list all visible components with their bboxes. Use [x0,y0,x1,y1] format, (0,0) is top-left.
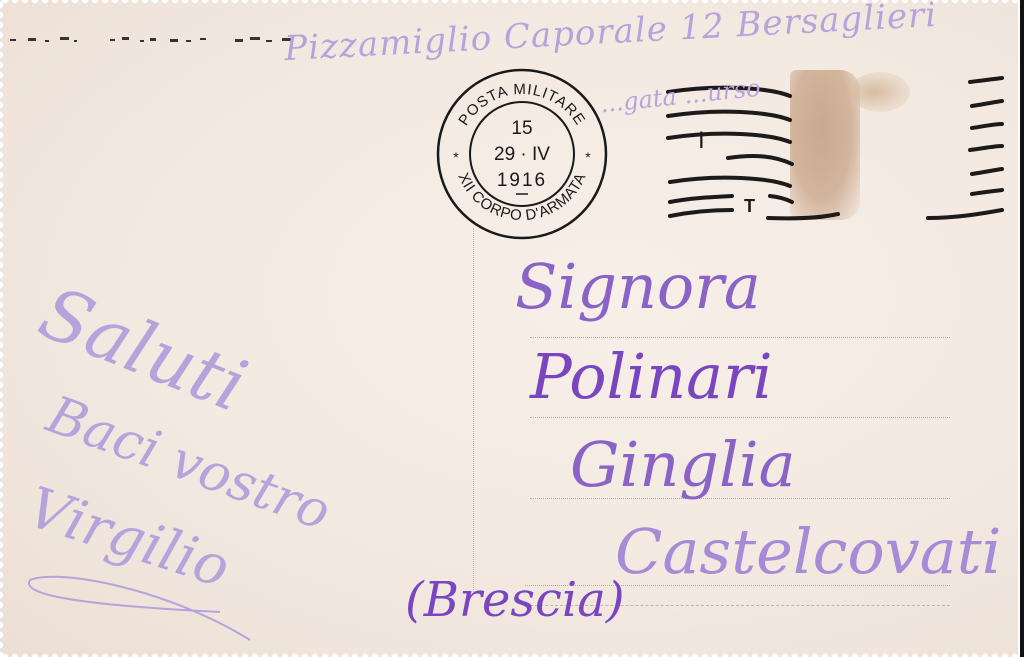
address-line-province: (Brescia) [405,572,625,628]
deckle-edge-top [0,0,1020,6]
address-line-2 [530,417,950,418]
postmark-star-right: * [585,149,591,165]
cancel-letter-i: I [698,127,705,154]
scan-edge-right [1018,0,1024,657]
address-line-first-name: Ginglia [570,428,796,501]
signature-flourish [20,560,260,657]
center-divider [473,228,474,592]
sender-line: Pizzamiglio Caporale 12 Bersaglieri [283,0,938,69]
postmark-year: 1916 [497,170,547,191]
deckle-edge-bottom [0,651,1020,657]
address-line-1 [530,337,950,338]
military-postmark: POSTA MILITARE XII CORPO D'ARMATA * * 15… [432,66,612,242]
deckle-edge-left [0,0,6,657]
ink-specks [0,34,300,48]
address-line-town: Castelcovati [615,515,1001,588]
postmark-date: 29 · IV [494,144,550,165]
address-line-name: Polinari [530,340,773,413]
postcard: I T Pizzamiglio Caporale 12 Bersaglieri … [0,0,1020,657]
postmark-hour: 15 [511,118,532,139]
address-line-signora: Signora [515,250,761,323]
postmark-star-left: * [453,149,459,165]
cancel-letter-t: T [744,196,755,216]
